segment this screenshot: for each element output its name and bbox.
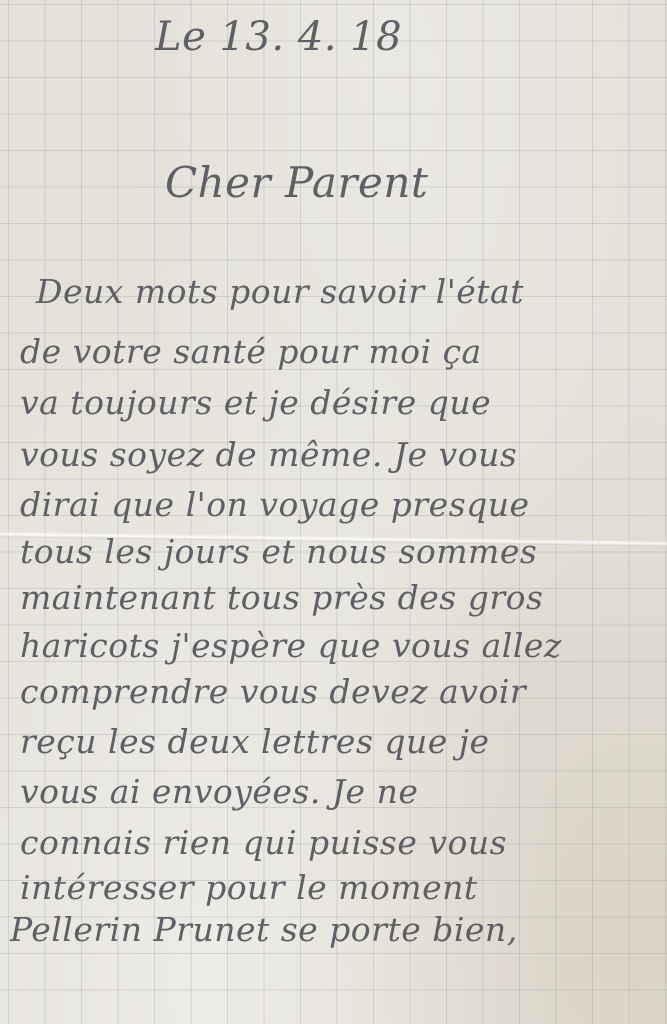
letter-body-line: tous les jours et nous sommes [20,532,537,571]
letter-body-line: Deux mots pour savoir l'état [36,272,524,311]
letter-body-line: Pellerin Prunet se porte bien, [10,910,518,949]
letter-body-line: connais rien qui puisse vous [20,823,507,862]
letter-body-line: haricots j'espère que vous allez [20,626,562,665]
letter-body-line: vous ai envoyées. Je ne [20,772,418,811]
letter-body-line: maintenant tous près des gros [20,578,543,617]
letter-date: Le 13. 4. 18 [155,14,402,60]
letter-body-line: va toujours et je désire que [20,383,491,422]
letter-body-line: dirai que l'on voyage presque [20,485,530,524]
letter-body-line: reçu les deux lettres que je [20,722,490,761]
letter-salutation: Cher Parent [165,158,428,207]
letter-body-line: vous soyez de même. Je vous [20,435,517,474]
letter-body-line: comprendre vous devez avoir [20,672,526,711]
letter-body-line: intéresser pour le moment [20,868,478,907]
letter-page: Le 13. 4. 18 Cher Parent Deux mots pour … [0,0,667,1024]
letter-body-line: de votre santé pour moi ça [20,332,482,371]
